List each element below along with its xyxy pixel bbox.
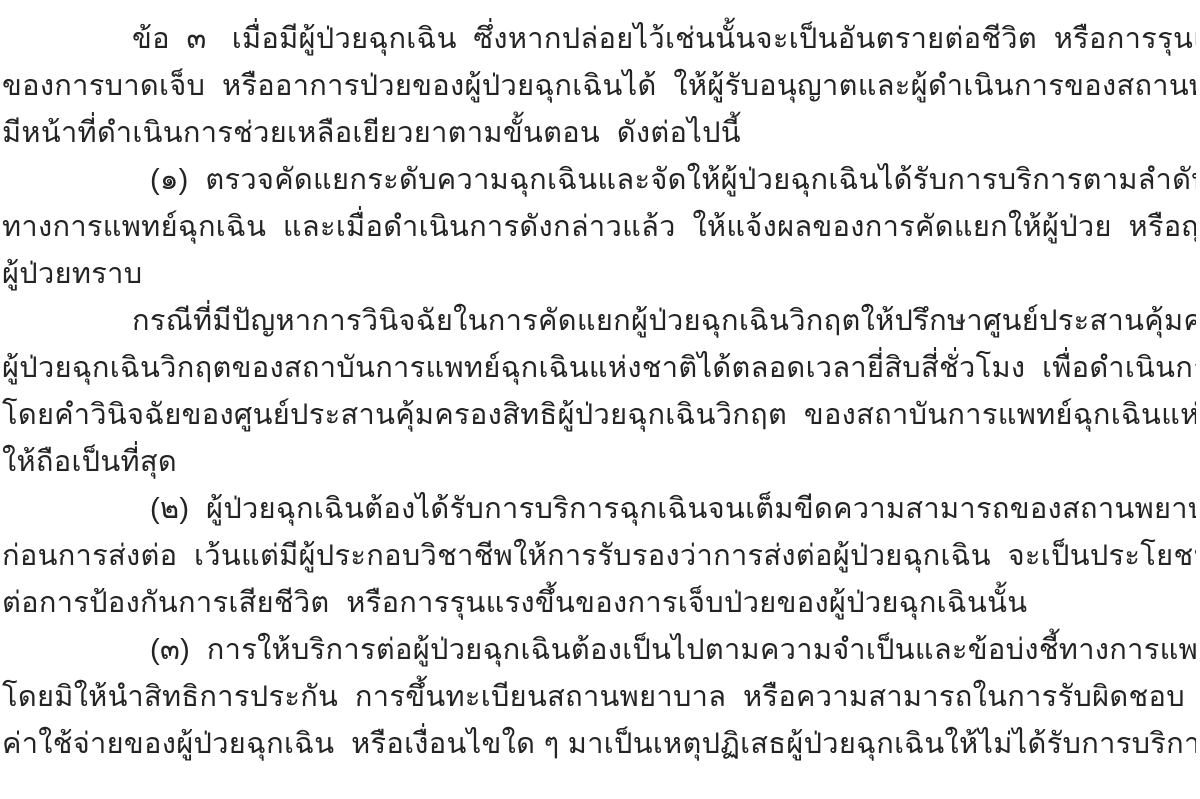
text-line: (๓) การให้บริการต่อผู้ป่วยฉุกเฉินต้องเป็… xyxy=(2,627,1196,674)
text-line: ค่าใช้จ่ายของผู้ป่วยฉุกเฉิน หรือเงื่อนไข… xyxy=(2,721,1196,768)
document-page: ข้อ ๓ เมื่อมีผู้ป่วยฉุกเฉิน ซึ่งหากปล่อย… xyxy=(0,0,1200,799)
text-line: กรณีที่มีปัญหาการวินิจฉัยในการคัดแยกผู้ป… xyxy=(2,298,1196,345)
text-line: ก่อนการส่งต่อ เว้นแต่มีผู้ประกอบวิชาชีพใ… xyxy=(2,533,1196,580)
text-line: ทางการแพทย์ฉุกเฉิน และเมื่อดำเนินการดังก… xyxy=(2,204,1196,251)
text-line: (๑) ตรวจคัดแยกระดับความฉุกเฉินและจัดให้ผ… xyxy=(2,157,1196,204)
text-line: ต่อการป้องกันการเสียชีวิต หรือการรุนแรงข… xyxy=(2,580,1196,627)
text-line: โดยคำวินิจฉัยของศูนย์ประสานคุ้มครองสิทธิ… xyxy=(2,392,1196,439)
text-line: มีหน้าที่ดำเนินการช่วยเหลือเยียวยาตามขั้… xyxy=(2,110,1196,157)
text-line: ผู้ป่วยทราบ xyxy=(2,251,1196,298)
text-line: ให้ถือเป็นที่สุด xyxy=(2,439,1196,486)
text-line: (๒) ผู้ป่วยฉุกเฉินต้องได้รับการบริการฉุก… xyxy=(2,486,1196,533)
text-line: ผู้ป่วยฉุกเฉินวิกฤตของสถาบันการแพทย์ฉุกเ… xyxy=(2,345,1196,392)
text-line: ข้อ ๓ เมื่อมีผู้ป่วยฉุกเฉิน ซึ่งหากปล่อย… xyxy=(2,16,1196,63)
text-line: โดยมิให้นำสิทธิการประกัน การขึ้นทะเบียนส… xyxy=(2,674,1196,721)
text-line: ของการบาดเจ็บ หรืออาการป่วยของผู้ป่วยฉุก… xyxy=(2,63,1196,110)
